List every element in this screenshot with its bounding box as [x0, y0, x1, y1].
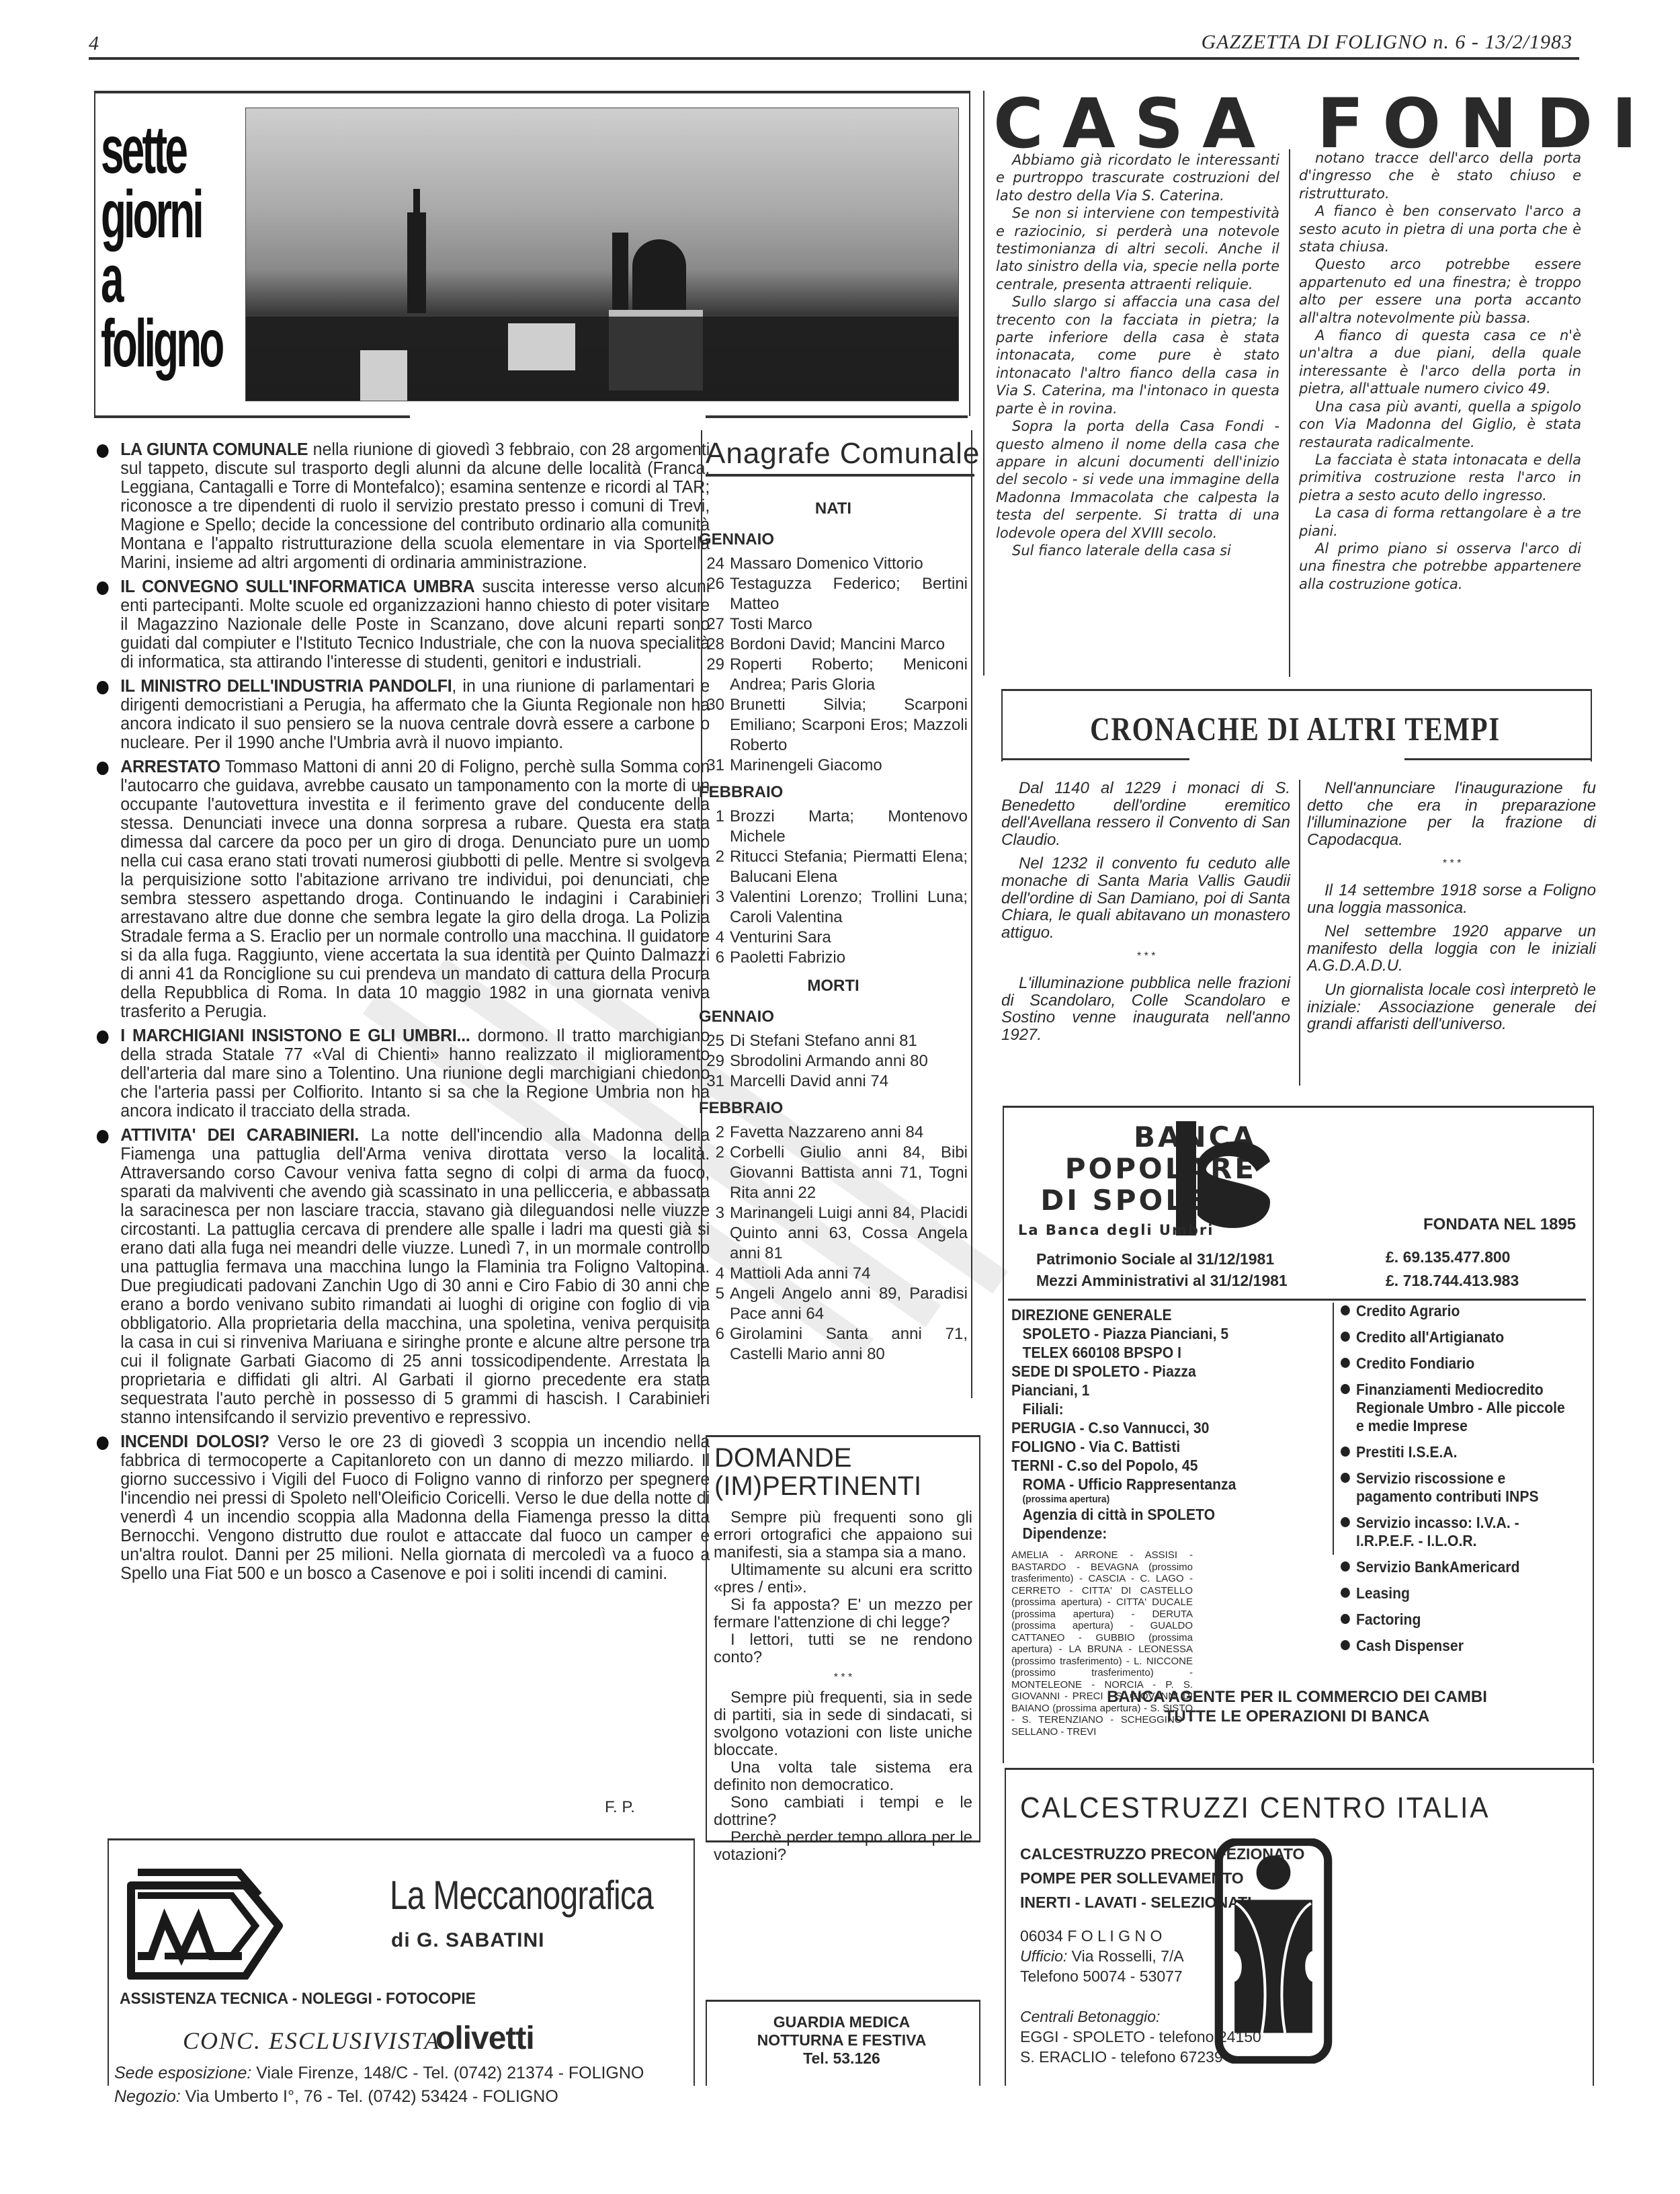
- service-label: Factoring: [1356, 1611, 1421, 1628]
- calcestruzzi-logo-icon: [1213, 1838, 1334, 2064]
- entry-names: Marcelli David anni 74: [730, 1071, 968, 1092]
- paragraph: Sullo slargo si affaccia una casa del tr…: [996, 293, 1279, 417]
- entry-names: Girolamini Santa anni 71, Castelli Mario…: [730, 1324, 968, 1365]
- anagrafe-entry: 27Tosti Marco: [699, 614, 968, 635]
- news-item: ATTIVITA' DEI CARABINIERI. La notte dell…: [94, 1126, 710, 1427]
- anagrafe-section-heading: NATI: [699, 499, 968, 519]
- news-lead: ATTIVITA' DEI CARABINIERI.: [120, 1126, 359, 1145]
- entry-day: 1: [699, 807, 730, 847]
- banca-divider: [1008, 1299, 1586, 1301]
- service-label: Servizio riscossione e pagamento contrib…: [1356, 1469, 1539, 1505]
- entry-names: Valentini Lorenzo; Trollini Luna; Caroli…: [730, 887, 968, 928]
- anagrafe-entry: 24Massaro Domenico Vittorio: [699, 554, 968, 574]
- entry-day: 29: [699, 655, 730, 695]
- banca-footer-line: TUTTE LE OPERAZIONI DI BANCA: [1008, 1707, 1586, 1726]
- entry-day: 31: [699, 756, 730, 776]
- office-line: TERNI - C.so del Popolo, 45: [1011, 1456, 1247, 1475]
- banca-tagline: La Banca degli Umbri: [1018, 1222, 1214, 1238]
- banca-founded: FONDATA NEL 1895: [1423, 1215, 1576, 1234]
- paragraph: Ultimamente su alcuni era scritto «pres …: [714, 1561, 972, 1596]
- paragraph: Perchè perder tempo allora per le votazi…: [714, 1829, 972, 1864]
- entry-names: Marinangeli Luigi anni 84, Placidi Quint…: [730, 1203, 968, 1264]
- paragraph: Abbiamo già ricordato le interessanti e …: [996, 151, 1279, 204]
- anagrafe-entry: 26Testaguzza Federico; Bertini Matteo: [699, 574, 968, 614]
- paragraph: Sono cambiati i tempi e le dottrine?: [714, 1794, 972, 1829]
- entry-names: Angeli Angelo anni 89, Paradisi Pace ann…: [730, 1284, 968, 1324]
- service-item: Finanziamenti Mediocredito Regionale Umb…: [1341, 1381, 1566, 1435]
- entry-names: Venturini Sara: [730, 928, 968, 948]
- news-lead: I MARCHIGIANI INSISTONO E GLI UMBRI...: [120, 1026, 470, 1045]
- anagrafe-entry: 6Girolamini Santa anni 71, Castelli Mari…: [699, 1324, 968, 1365]
- paragraph: Sopra la porta della Casa Fondi - questo…: [996, 417, 1279, 542]
- cronache-column-2: Nell'annunciare l'inaugurazione fu detto…: [1307, 780, 1596, 1040]
- office-label: Ufficio:: [1020, 1947, 1067, 1965]
- news-body: Verso le ore 23 di giovedì 3 scoppia un …: [120, 1432, 710, 1583]
- column-divider: [1299, 780, 1300, 1086]
- banca-assets-value: £. 718.744.413.983: [1386, 1272, 1519, 1290]
- anagrafe-entry: 28Bordoni David; Mancini Marco: [699, 635, 968, 655]
- entry-day: 4: [699, 1264, 730, 1284]
- paragraph: Se non si interviene con tempestività e …: [996, 204, 1279, 293]
- anagrafe-entry: 4Mattioli Ada anni 74: [699, 1264, 968, 1284]
- news-item: LA GIUNTA COMUNALE nella riunione di gio…: [94, 440, 710, 572]
- news-item: INCENDI DOLOSI? Verso le ore 23 di giove…: [94, 1432, 710, 1583]
- entry-day: 31: [699, 1071, 730, 1092]
- entry-day: 6: [699, 948, 730, 968]
- news-lead: ARRESTATO: [120, 758, 220, 776]
- meccanografica-logo-icon: [124, 1869, 319, 1980]
- section-title-sette-giorni: sette giorni a foligno: [101, 118, 167, 376]
- service-item: Servizio incasso: I.V.A. - I.R.P.E.F. - …: [1341, 1514, 1566, 1550]
- anagrafe-entry: 31Marinengeli Giacomo: [699, 756, 968, 776]
- paragraph: A fianco è ben conservato l'arco a sesto…: [1299, 202, 1581, 255]
- service-label: Servizio incasso: I.V.A. - I.R.P.E.F. - …: [1356, 1514, 1519, 1549]
- banca-logo-icon: [1176, 1121, 1270, 1235]
- paragraph: Il 14 settembre 1918 sorse a Foligno una…: [1307, 882, 1596, 916]
- bullet-icon: [97, 681, 109, 694]
- bullet-icon: [1341, 1614, 1350, 1624]
- service-item: Servizio BankAmericard: [1341, 1558, 1566, 1576]
- anagrafe-entry: 25Di Stefani Stefano anni 81: [699, 1031, 968, 1051]
- bullet-icon: [1341, 1473, 1350, 1483]
- entry-names: Tosti Marco: [730, 614, 968, 635]
- bullet-icon: [1341, 1561, 1350, 1572]
- news-column: LA GIUNTA COMUNALE nella riunione di gio…: [94, 440, 710, 1588]
- paragraph: Dal 1140 al 1229 i monaci di S. Benedett…: [1001, 780, 1290, 848]
- banca-capital-label: Patrimonio Sociale al 31/12/1981: [1036, 1250, 1274, 1268]
- title-line: sette: [101, 118, 167, 182]
- paragraph: Sempre più frequenti sono gli errori ort…: [714, 1509, 972, 1561]
- service-item: Cash Dispenser: [1341, 1637, 1566, 1655]
- anagrafe-month: GENNAIO: [699, 1007, 968, 1027]
- sette-box-bottom-rule: [706, 415, 968, 418]
- guardia-medica-line: NOTTURNA E FESTIVA: [706, 2031, 978, 2049]
- anagrafe-entry: 1Brozzi Marta; Montenovo Michele: [699, 807, 968, 847]
- office-line: Agenzia di città in SPOLETO: [1011, 1505, 1247, 1524]
- meccanografica-address-showroom: Sede esposizione: Viale Firenze, 148/C -…: [114, 2064, 644, 2083]
- guardia-medica-text: GUARDIA MEDICA NOTTURNA E FESTIVA Tel. 5…: [706, 2013, 978, 2068]
- domande-title: DOMANDE (IM)PERTINENTI: [714, 1444, 921, 1500]
- address-label: Negozio:: [114, 2087, 181, 2106]
- anagrafe-entry: 30Brunetti Silvia; Scarponi Emiliano; Sc…: [699, 695, 968, 756]
- bullet-icon: [97, 581, 109, 595]
- entry-names: Marinengeli Giacomo: [730, 756, 968, 776]
- service-label: Servizio BankAmericard: [1356, 1558, 1519, 1576]
- separator: * * *: [1001, 948, 1290, 965]
- anagrafe-entry: 6Paoletti Fabrizio: [699, 948, 968, 968]
- office-line: ROMA - Ufficio Rappresentanza: [1011, 1475, 1247, 1494]
- bullet-icon: [97, 444, 109, 458]
- anagrafe-month: FEBBRAIO: [699, 1098, 968, 1119]
- cronache-box-rule: [1001, 758, 1189, 760]
- casa-fondi-column-1: Abbiamo già ricordato le interessanti e …: [996, 151, 1279, 559]
- guardia-medica-phone: Tel. 53.126: [706, 2049, 978, 2068]
- paragraph: La casa di forma rettangolare è a tre pi…: [1299, 504, 1581, 540]
- anagrafe-entry: 3Valentini Lorenzo; Trollini Luna; Carol…: [699, 887, 968, 928]
- news-lead: INCENDI DOLOSI?: [120, 1432, 269, 1451]
- service-label: Leasing: [1356, 1584, 1410, 1602]
- paragraph: Nel settembre 1920 apparve un manifesto …: [1307, 923, 1596, 975]
- office-line: FOLIGNO - Via C. Battisti: [1011, 1437, 1247, 1456]
- banca-capital-value: £. 69.135.477.800: [1386, 1248, 1510, 1266]
- entry-day: 30: [699, 695, 730, 756]
- meccanografica-owner: di G. SABATINI: [391, 1929, 544, 1952]
- column-divider: [983, 91, 984, 676]
- entry-day: 2: [699, 847, 730, 887]
- paragraph: Una volta tale sistema era definito non …: [714, 1759, 972, 1794]
- entry-names: Favetta Nazzareno anni 84: [730, 1123, 968, 1143]
- paragraph: Al primo piano si osserva l'arco di una …: [1299, 540, 1581, 593]
- anagrafe-entry: 31Marcelli David anni 74: [699, 1071, 968, 1092]
- foligno-panorama-photo: [245, 108, 959, 401]
- entry-day: 3: [699, 1203, 730, 1264]
- address-label: Sede esposizione:: [114, 2064, 251, 2082]
- entry-day: 24: [699, 554, 730, 574]
- cronache-title: CRONACHE DI ALTRI TEMPI: [1054, 709, 1537, 748]
- banca-services: Credito AgrarioCredito all'ArtigianatoCr…: [1341, 1302, 1566, 1663]
- banca-footer: BANCA AGENTE PER IL COMMERCIO DEI CAMBI …: [1008, 1687, 1586, 1726]
- meccanografica-address-shop: Negozio: Via Umberto I°, 76 - Tel. (0742…: [114, 2087, 558, 2107]
- anagrafe-entry: 5Angeli Angelo anni 89, Paradisi Pace an…: [699, 1284, 968, 1324]
- anagrafe-entry: 29Roperti Roberto; Meniconi Andrea; Pari…: [699, 655, 968, 695]
- title-line: foligno: [101, 311, 167, 376]
- service-label: Credito Fondiario: [1356, 1354, 1474, 1372]
- paragraph: Si fa apposta? E' un mezzo per fermare l…: [714, 1596, 972, 1631]
- service-item: Servizio riscossione e pagamento contrib…: [1341, 1469, 1566, 1506]
- address-text: Viale Firenze, 148/C - Tel. (0742) 21374…: [251, 2064, 644, 2082]
- address-text: Via Umberto I°, 76 - Tel. (0742) 53424 -…: [181, 2087, 558, 2106]
- bullet-icon: [1341, 1384, 1350, 1394]
- paragraph: Sempre più frequenti, sia in sede di par…: [714, 1689, 972, 1759]
- entry-day: 27: [699, 614, 730, 635]
- news-item: IL MINISTRO DELL'INDUSTRIA PANDOLFI, in …: [94, 677, 710, 752]
- paragraph: La facciata è stata intonacata e della p…: [1299, 451, 1581, 504]
- title-line: (IM)PERTINENTI: [714, 1472, 921, 1500]
- service-item: Leasing: [1341, 1584, 1566, 1602]
- entry-names: Massaro Domenico Vittorio: [730, 554, 968, 574]
- olivetti-brand: olivetti: [435, 2020, 534, 2057]
- paragraph: notano tracce dell'arco della porta d'in…: [1299, 149, 1581, 202]
- bullet-icon: [1341, 1640, 1350, 1650]
- paragraph: Un giornalista locale così interpretò le…: [1307, 981, 1596, 1033]
- office-line: SPOLETO - Piazza Pianciani, 5: [1011, 1324, 1247, 1343]
- office-line: PERUGIA - C.so Vannucci, 30: [1011, 1418, 1247, 1437]
- entry-names: Bordoni David; Mancini Marco: [730, 635, 968, 655]
- anagrafe-section-heading: MORTI: [699, 976, 968, 996]
- title-line: giorni: [101, 182, 167, 247]
- banca-assets-label: Mezzi Amministrativi al 31/12/1981: [1036, 1272, 1288, 1290]
- service-label: Finanziamenti Mediocredito Regionale Umb…: [1356, 1381, 1565, 1434]
- office: Ufficio: Via Rosselli, 7/A: [1020, 1946, 1184, 1966]
- entry-names: Corbelli Giulio anni 84, Bibi Giovanni B…: [730, 1143, 968, 1203]
- entry-names: Ritucci Stefania; Piermatti Elena; Baluc…: [730, 847, 968, 887]
- office-line: Filiali:: [1011, 1399, 1247, 1418]
- title-line: DOMANDE: [714, 1444, 921, 1472]
- cronache-box-rule: [1404, 758, 1591, 760]
- city: 06034 F O L I G N O: [1020, 1926, 1184, 1946]
- anagrafe-month: FEBBRAIO: [699, 782, 968, 803]
- anagrafe-month: GENNAIO: [699, 530, 968, 550]
- entry-day: 25: [699, 1031, 730, 1051]
- entry-names: Brunetti Silvia; Scarponi Emiliano; Scar…: [730, 695, 968, 756]
- office-address: Via Rosselli, 7/A: [1067, 1947, 1183, 1965]
- anagrafe-entry: 4Venturini Sara: [699, 928, 968, 948]
- calcestruzzi-address: 06034 F O L I G N O Ufficio: Via Rossell…: [1020, 1926, 1184, 1986]
- anagrafe-title: Anagrafe Comunale: [706, 437, 980, 471]
- paragraph: Nell'annunciare l'inaugurazione fu detto…: [1307, 780, 1596, 848]
- meccanografica-concession: CONC. ESCLUSIVISTA: [183, 2027, 440, 2055]
- service-item: Prestiti I.S.E.A.: [1341, 1443, 1566, 1461]
- service-item: Credito all'Artigianato: [1341, 1328, 1566, 1346]
- entry-names: Paoletti Fabrizio: [730, 948, 968, 968]
- bullet-icon: [97, 1030, 109, 1044]
- entry-day: 6: [699, 1324, 730, 1365]
- banca-offices: DIREZIONE GENERALESPOLETO - Piazza Pianc…: [1011, 1305, 1247, 1543]
- bullet-icon: [1341, 1447, 1350, 1457]
- sette-box-bottom-rule: [94, 415, 410, 418]
- service-label: Credito Agrario: [1356, 1302, 1460, 1319]
- entry-day: 5: [699, 1284, 730, 1324]
- bullet-icon: [97, 762, 109, 775]
- news-body: La notte dell'incendio alla Madonna dell…: [120, 1126, 710, 1427]
- entry-names: Roperti Roberto; Meniconi Andrea; Paris …: [730, 655, 968, 695]
- office-line: Dipendenze:: [1011, 1524, 1247, 1543]
- bullet-icon: [1341, 1358, 1350, 1368]
- office-line: TELEX 660108 BPSPO I: [1011, 1343, 1247, 1362]
- paragraph: L'illuminazione pubblica nelle frazioni …: [1001, 975, 1290, 1043]
- domande-body: Sempre più frequenti sono gli errori ort…: [714, 1509, 972, 1864]
- news-body: Tommaso Mattoni di anni 20 di Foligno, p…: [120, 758, 710, 1021]
- service-label: Credito all'Artigianato: [1356, 1328, 1504, 1346]
- news-item: ARRESTATO Tommaso Mattoni di anni 20 di …: [94, 758, 710, 1021]
- bullet-icon: [1341, 1305, 1350, 1315]
- office-line: (prossima apertura): [1011, 1494, 1247, 1505]
- anagrafe-entry: 2Corbelli Giulio anni 84, Bibi Giovanni …: [699, 1143, 968, 1203]
- phone: Telefono 50074 - 53077: [1020, 1966, 1184, 1986]
- entry-day: 2: [699, 1123, 730, 1143]
- office-line: SEDE DI SPOLETO - Piazza Pianciani, 1: [1011, 1362, 1247, 1399]
- paragraph: Questo arco potrebbe essere appartenuto …: [1299, 255, 1581, 327]
- casa-fondi-column-2: notano tracce dell'arco della porta d'in…: [1299, 149, 1581, 593]
- entry-day: 29: [699, 1051, 730, 1071]
- entry-names: Brozzi Marta; Montenovo Michele: [730, 807, 968, 847]
- column-divider: [1333, 1303, 1334, 1555]
- paragraph: I lettori, tutti se ne rendono conto?: [714, 1631, 972, 1666]
- bullet-icon: [1341, 1588, 1350, 1598]
- entry-day: 2: [699, 1143, 730, 1203]
- entry-names: Mattioli Ada anni 74: [730, 1264, 968, 1284]
- paragraph: Sul fianco laterale della casa si: [996, 542, 1279, 559]
- news-item: IL CONVEGNO SULL'INFORMATICA UMBRA susci…: [94, 577, 710, 672]
- entry-day: 4: [699, 928, 730, 948]
- bullet-icon: [97, 1130, 109, 1143]
- paragraph: Nel 1232 il convento fu ceduto alle mona…: [1001, 855, 1290, 941]
- paragraph: A fianco di questa casa ce n'è un'altra …: [1299, 327, 1581, 398]
- office-line: DIREZIONE GENERALE: [1011, 1305, 1247, 1324]
- service-label: Prestiti I.S.E.A.: [1356, 1443, 1458, 1461]
- entry-names: Di Stefani Stefano anni 81: [730, 1031, 968, 1051]
- bullet-icon: [1341, 1517, 1350, 1527]
- paragraph: Una casa più avanti, quella a spigolo co…: [1299, 398, 1581, 451]
- bullet-icon: [1341, 1332, 1350, 1342]
- service-label: Cash Dispenser: [1356, 1637, 1464, 1654]
- news-body: nella riunione di giovedì 3 febbraio, co…: [120, 440, 710, 572]
- entry-names: Testaguzza Federico; Bertini Matteo: [730, 574, 968, 614]
- cronache-column-1: Dal 1140 al 1229 i monaci di S. Benedett…: [1001, 780, 1290, 1050]
- anagrafe-entry: 2Favetta Nazzareno anni 84: [699, 1123, 968, 1143]
- page-number: 4: [89, 32, 99, 55]
- meccanografica-name: La Meccanografica: [390, 1872, 653, 1918]
- masthead: GAZZETTA DI FOLIGNO n. 6 - 13/2/1983: [1202, 31, 1572, 54]
- entry-day: 26: [699, 574, 730, 614]
- news-lead: IL CONVEGNO SULL'INFORMATICA UMBRA: [120, 577, 474, 596]
- anagrafe-title-rule: [706, 474, 974, 477]
- news-item: I MARCHIGIANI INSISTONO E GLI UMBRI... d…: [94, 1026, 710, 1121]
- title-line: a: [101, 247, 167, 311]
- meccanografica-services: ASSISTENZA TECNICA - NOLEGGI - FOTOCOPIE: [120, 1990, 476, 2008]
- separator: * * *: [1307, 855, 1596, 872]
- anagrafe-entry: 3Marinangeli Luigi anni 84, Placidi Quin…: [699, 1203, 968, 1264]
- anagrafe-list: NATIGENNAIO24Massaro Domenico Vittorio26…: [699, 491, 968, 1365]
- anagrafe-entry: 2Ritucci Stefania; Piermatti Elena; Balu…: [699, 847, 968, 887]
- entry-day: 28: [699, 635, 730, 655]
- news-lead: LA GIUNTA COMUNALE: [120, 440, 308, 459]
- service-item: Credito Agrario: [1341, 1302, 1566, 1320]
- bullet-icon: [97, 1436, 109, 1450]
- news-signature: F. P.: [605, 1798, 635, 1817]
- entry-names: Sbrodolini Armando anni 80: [730, 1051, 968, 1071]
- column-divider: [1289, 149, 1290, 677]
- news-lead: IL MINISTRO DELL'INDUSTRIA PANDOLFI: [120, 677, 452, 696]
- guardia-medica-line: GUARDIA MEDICA: [706, 2013, 978, 2031]
- calcestruzzi-title: CALCESTRUZZI CENTRO ITALIA: [1020, 1791, 1490, 1825]
- banca-footer-line: BANCA AGENTE PER IL COMMERCIO DEI CAMBI: [1008, 1687, 1586, 1707]
- separator: * * *: [714, 1669, 972, 1687]
- service-item: Factoring: [1341, 1611, 1566, 1629]
- header-rule: [89, 57, 1579, 60]
- entry-day: 3: [699, 887, 730, 928]
- anagrafe-entry: 29Sbrodolini Armando anni 80: [699, 1051, 968, 1071]
- service-item: Credito Fondiario: [1341, 1354, 1566, 1373]
